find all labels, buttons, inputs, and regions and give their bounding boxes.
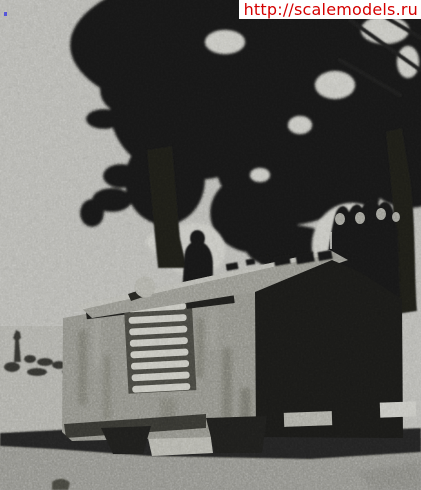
photo: http://scalemodels.ru <box>0 0 421 490</box>
film-grain-coarse <box>0 0 421 490</box>
watermark-url: http://scalemodels.ru <box>244 0 418 19</box>
photo-svg <box>0 0 421 490</box>
watermark: http://scalemodels.ru <box>239 0 421 19</box>
